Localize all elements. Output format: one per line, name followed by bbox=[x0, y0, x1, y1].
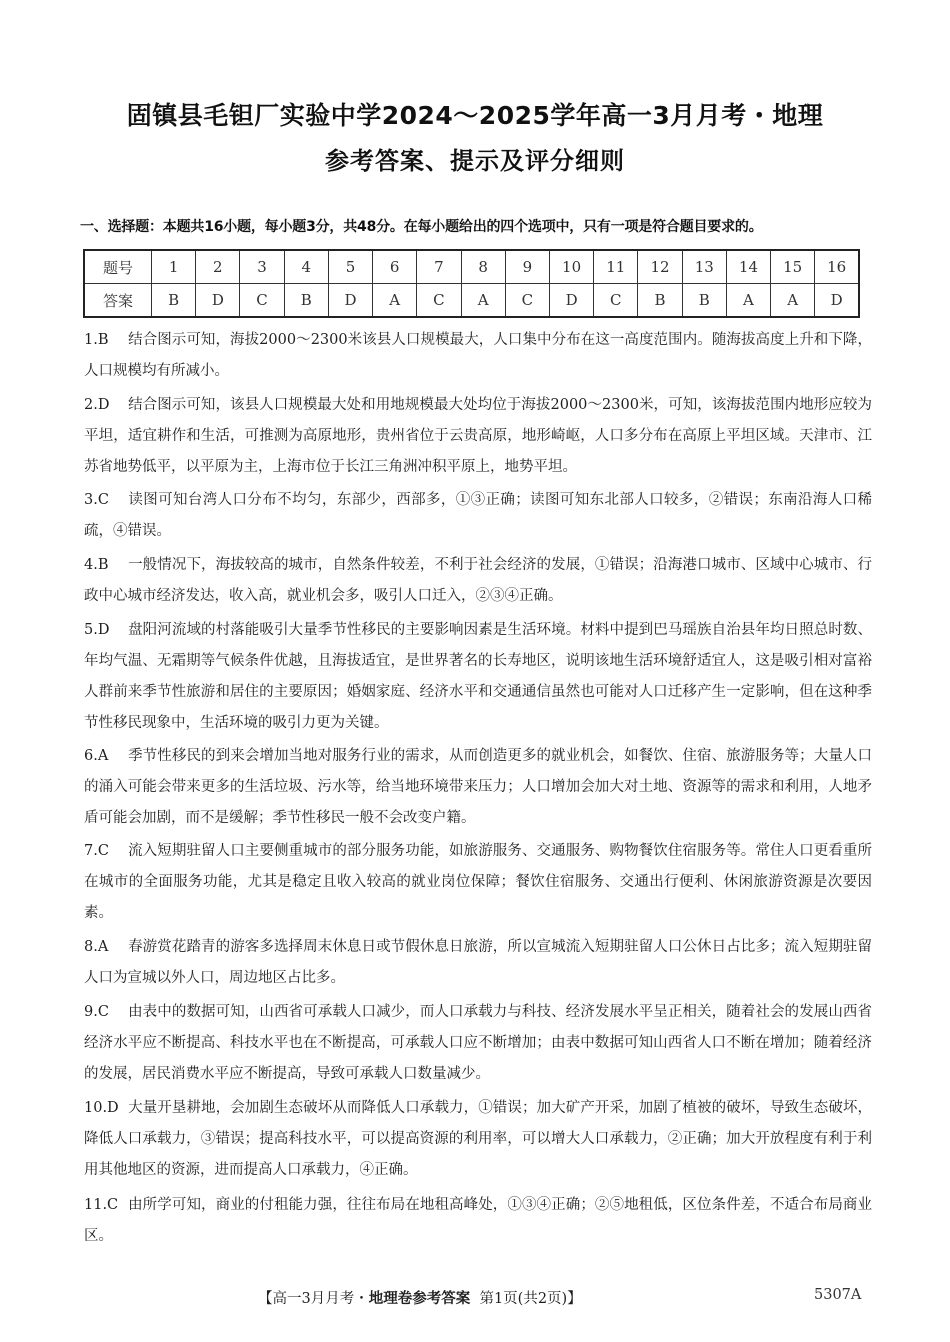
item-text: 大量开垦耕地，会加剧生态破坏从而降低人口承载力，①错误；加大矿产开采，加剧了植被… bbox=[84, 1100, 872, 1178]
footer-close-bracket: 】 bbox=[567, 1291, 582, 1307]
question-number: 16 bbox=[815, 250, 859, 284]
footer-open-bracket: 【 bbox=[258, 1291, 273, 1307]
answer-cell: B bbox=[638, 284, 682, 318]
answer-cell: C bbox=[240, 284, 284, 318]
item-text: 结合图示可知，该县人口规模最大处和用地规模最大处均位于海拔2000～2300米，… bbox=[84, 397, 872, 475]
question-number: 13 bbox=[682, 250, 726, 284]
explanation-item-11: 11.C由所学可知，商业的付租能力强，往往布局在地租高峰处，①③④正确；②⑤地租… bbox=[84, 1190, 872, 1252]
item-label: 1.B bbox=[84, 325, 128, 356]
answer-cell: A bbox=[726, 284, 770, 318]
item-label: 10.D bbox=[84, 1093, 128, 1124]
item-label: 4.B bbox=[84, 550, 128, 581]
explanation-item-8: 8.A春游赏花踏青的游客多选择周末休息日或节假休息日旅游，所以宣城流入短期驻留人… bbox=[84, 932, 872, 994]
question-number: 9 bbox=[505, 250, 549, 284]
row-label-answers: 答案 bbox=[84, 284, 152, 318]
question-number: 1 bbox=[152, 250, 196, 284]
answer-cell: B bbox=[284, 284, 328, 318]
item-text: 由表中的数据可知，山西省可承载人口减少，而人口承载力与科技、经济发展水平呈正相关… bbox=[84, 1004, 872, 1082]
question-number: 15 bbox=[771, 250, 815, 284]
item-label: 5.D bbox=[84, 615, 128, 646]
explanation-item-9: 9.C由表中的数据可知，山西省可承载人口减少，而人口承载力与科技、经济发展水平呈… bbox=[84, 997, 872, 1090]
question-number: 4 bbox=[284, 250, 328, 284]
question-number: 14 bbox=[726, 250, 770, 284]
explanation-item-10: 10.D大量开垦耕地，会加剧生态破坏从而降低人口承载力，①错误；加大矿产开采，加… bbox=[84, 1093, 872, 1186]
footer-doc-name: 地理卷参考答案 bbox=[369, 1291, 471, 1307]
explanation-item-3: 3.C读图可知台湾人口分布不均匀，东部少，西部多，①③正确；读图可知东北部人口较… bbox=[84, 485, 872, 547]
answer-table: 题号 1 2 3 4 5 6 7 8 9 10 11 12 13 14 15 1… bbox=[83, 249, 860, 318]
row-label-numbers: 题号 bbox=[84, 250, 152, 284]
question-number-row: 题号 1 2 3 4 5 6 7 8 9 10 11 12 13 14 15 1… bbox=[84, 250, 859, 284]
answer-cell: D bbox=[549, 284, 593, 318]
item-label: 8.A bbox=[84, 932, 128, 963]
item-text: 流入短期驻留人口主要侧重城市的部分服务功能，如旅游服务、交通服务、购物餐饮住宿服… bbox=[84, 843, 872, 921]
answer-cell: B bbox=[682, 284, 726, 318]
item-text: 季节性移民的到来会增加当地对服务行业的需求，从而创造更多的就业机会，如餐饮、住宿… bbox=[84, 748, 872, 826]
answer-cell: A bbox=[771, 284, 815, 318]
footer-exam-name: 高一3月月考・ bbox=[273, 1291, 369, 1307]
question-number: 2 bbox=[196, 250, 240, 284]
document-subtitle: 参考答案、提示及评分细则 bbox=[0, 141, 950, 176]
question-number: 8 bbox=[461, 250, 505, 284]
question-number: 5 bbox=[328, 250, 372, 284]
document-code: 5307A bbox=[814, 1287, 861, 1303]
answer-cell: C bbox=[594, 284, 638, 318]
explanation-item-5: 5.D盘阳河流域的村落能吸引大量季节性移民的主要影响因素是生活环境。材料中提到巴… bbox=[84, 615, 872, 739]
document-title: 固镇县毛钽厂实验中学2024～2025学年高一3月月考・地理 bbox=[0, 96, 950, 132]
page-footer: 【高一3月月考・地理卷参考答案 第1页(共2页)】 bbox=[258, 1287, 582, 1308]
question-number: 3 bbox=[240, 250, 284, 284]
answer-cell: B bbox=[152, 284, 196, 318]
explanation-item-2: 2.D结合图示可知，该县人口规模最大处和用地规模最大处均位于海拔2000～230… bbox=[84, 390, 872, 483]
item-text: 盘阳河流域的村落能吸引大量季节性移民的主要影响因素是生活环境。材料中提到巴马瑶族… bbox=[84, 622, 872, 731]
answer-cell: C bbox=[505, 284, 549, 318]
answer-cell: D bbox=[196, 284, 240, 318]
item-text: 结合图示可知，海拔2000～2300米该县人口规模最大，人口集中分布在这一高度范… bbox=[84, 332, 872, 379]
footer-page-info: 第1页(共2页) bbox=[479, 1291, 567, 1307]
question-number: 11 bbox=[594, 250, 638, 284]
question-number: 10 bbox=[549, 250, 593, 284]
answer-cell: A bbox=[373, 284, 417, 318]
answer-cell: D bbox=[815, 284, 859, 318]
item-text: 一般情况下，海拔较高的城市，自然条件较差，不利于社会经济的发展，①错误；沿海港口… bbox=[84, 557, 872, 604]
item-text: 由所学可知，商业的付租能力强，往往布局在地租高峰处，①③④正确；②⑤地租低，区位… bbox=[84, 1197, 872, 1244]
question-number: 12 bbox=[638, 250, 682, 284]
item-label: 3.C bbox=[84, 485, 128, 516]
item-label: 7.C bbox=[84, 836, 128, 867]
explanation-item-1: 1.B结合图示可知，海拔2000～2300米该县人口规模最大，人口集中分布在这一… bbox=[84, 325, 872, 387]
question-number: 6 bbox=[373, 250, 417, 284]
answer-cell: D bbox=[328, 284, 372, 318]
answer-cell: C bbox=[417, 284, 461, 318]
question-number: 7 bbox=[417, 250, 461, 284]
item-label: 9.C bbox=[84, 997, 128, 1028]
item-label: 2.D bbox=[84, 390, 128, 421]
item-label: 11.C bbox=[84, 1190, 128, 1221]
item-text: 春游赏花踏青的游客多选择周末休息日或节假休息日旅游，所以宣城流入短期驻留人口公休… bbox=[84, 939, 872, 986]
item-text: 读图可知台湾人口分布不均匀，东部少，西部多，①③正确；读图可知东北部人口较多，②… bbox=[84, 492, 872, 539]
explanation-item-4: 4.B一般情况下，海拔较高的城市，自然条件较差，不利于社会经济的发展，①错误；沿… bbox=[84, 550, 872, 612]
explanation-item-7: 7.C流入短期驻留人口主要侧重城市的部分服务功能，如旅游服务、交通服务、购物餐饮… bbox=[84, 836, 872, 929]
answer-row: 答案 B D C B D A C A C D C B B A A D bbox=[84, 284, 859, 318]
explanation-item-6: 6.A季节性移民的到来会增加当地对服务行业的需求，从而创造更多的就业机会，如餐饮… bbox=[84, 741, 872, 834]
item-label: 6.A bbox=[84, 741, 128, 772]
section-heading: 一、选择题：本题共16小题，每小题3分，共48分。在每小题给出的四个选项中，只有… bbox=[80, 216, 880, 236]
answer-cell: A bbox=[461, 284, 505, 318]
